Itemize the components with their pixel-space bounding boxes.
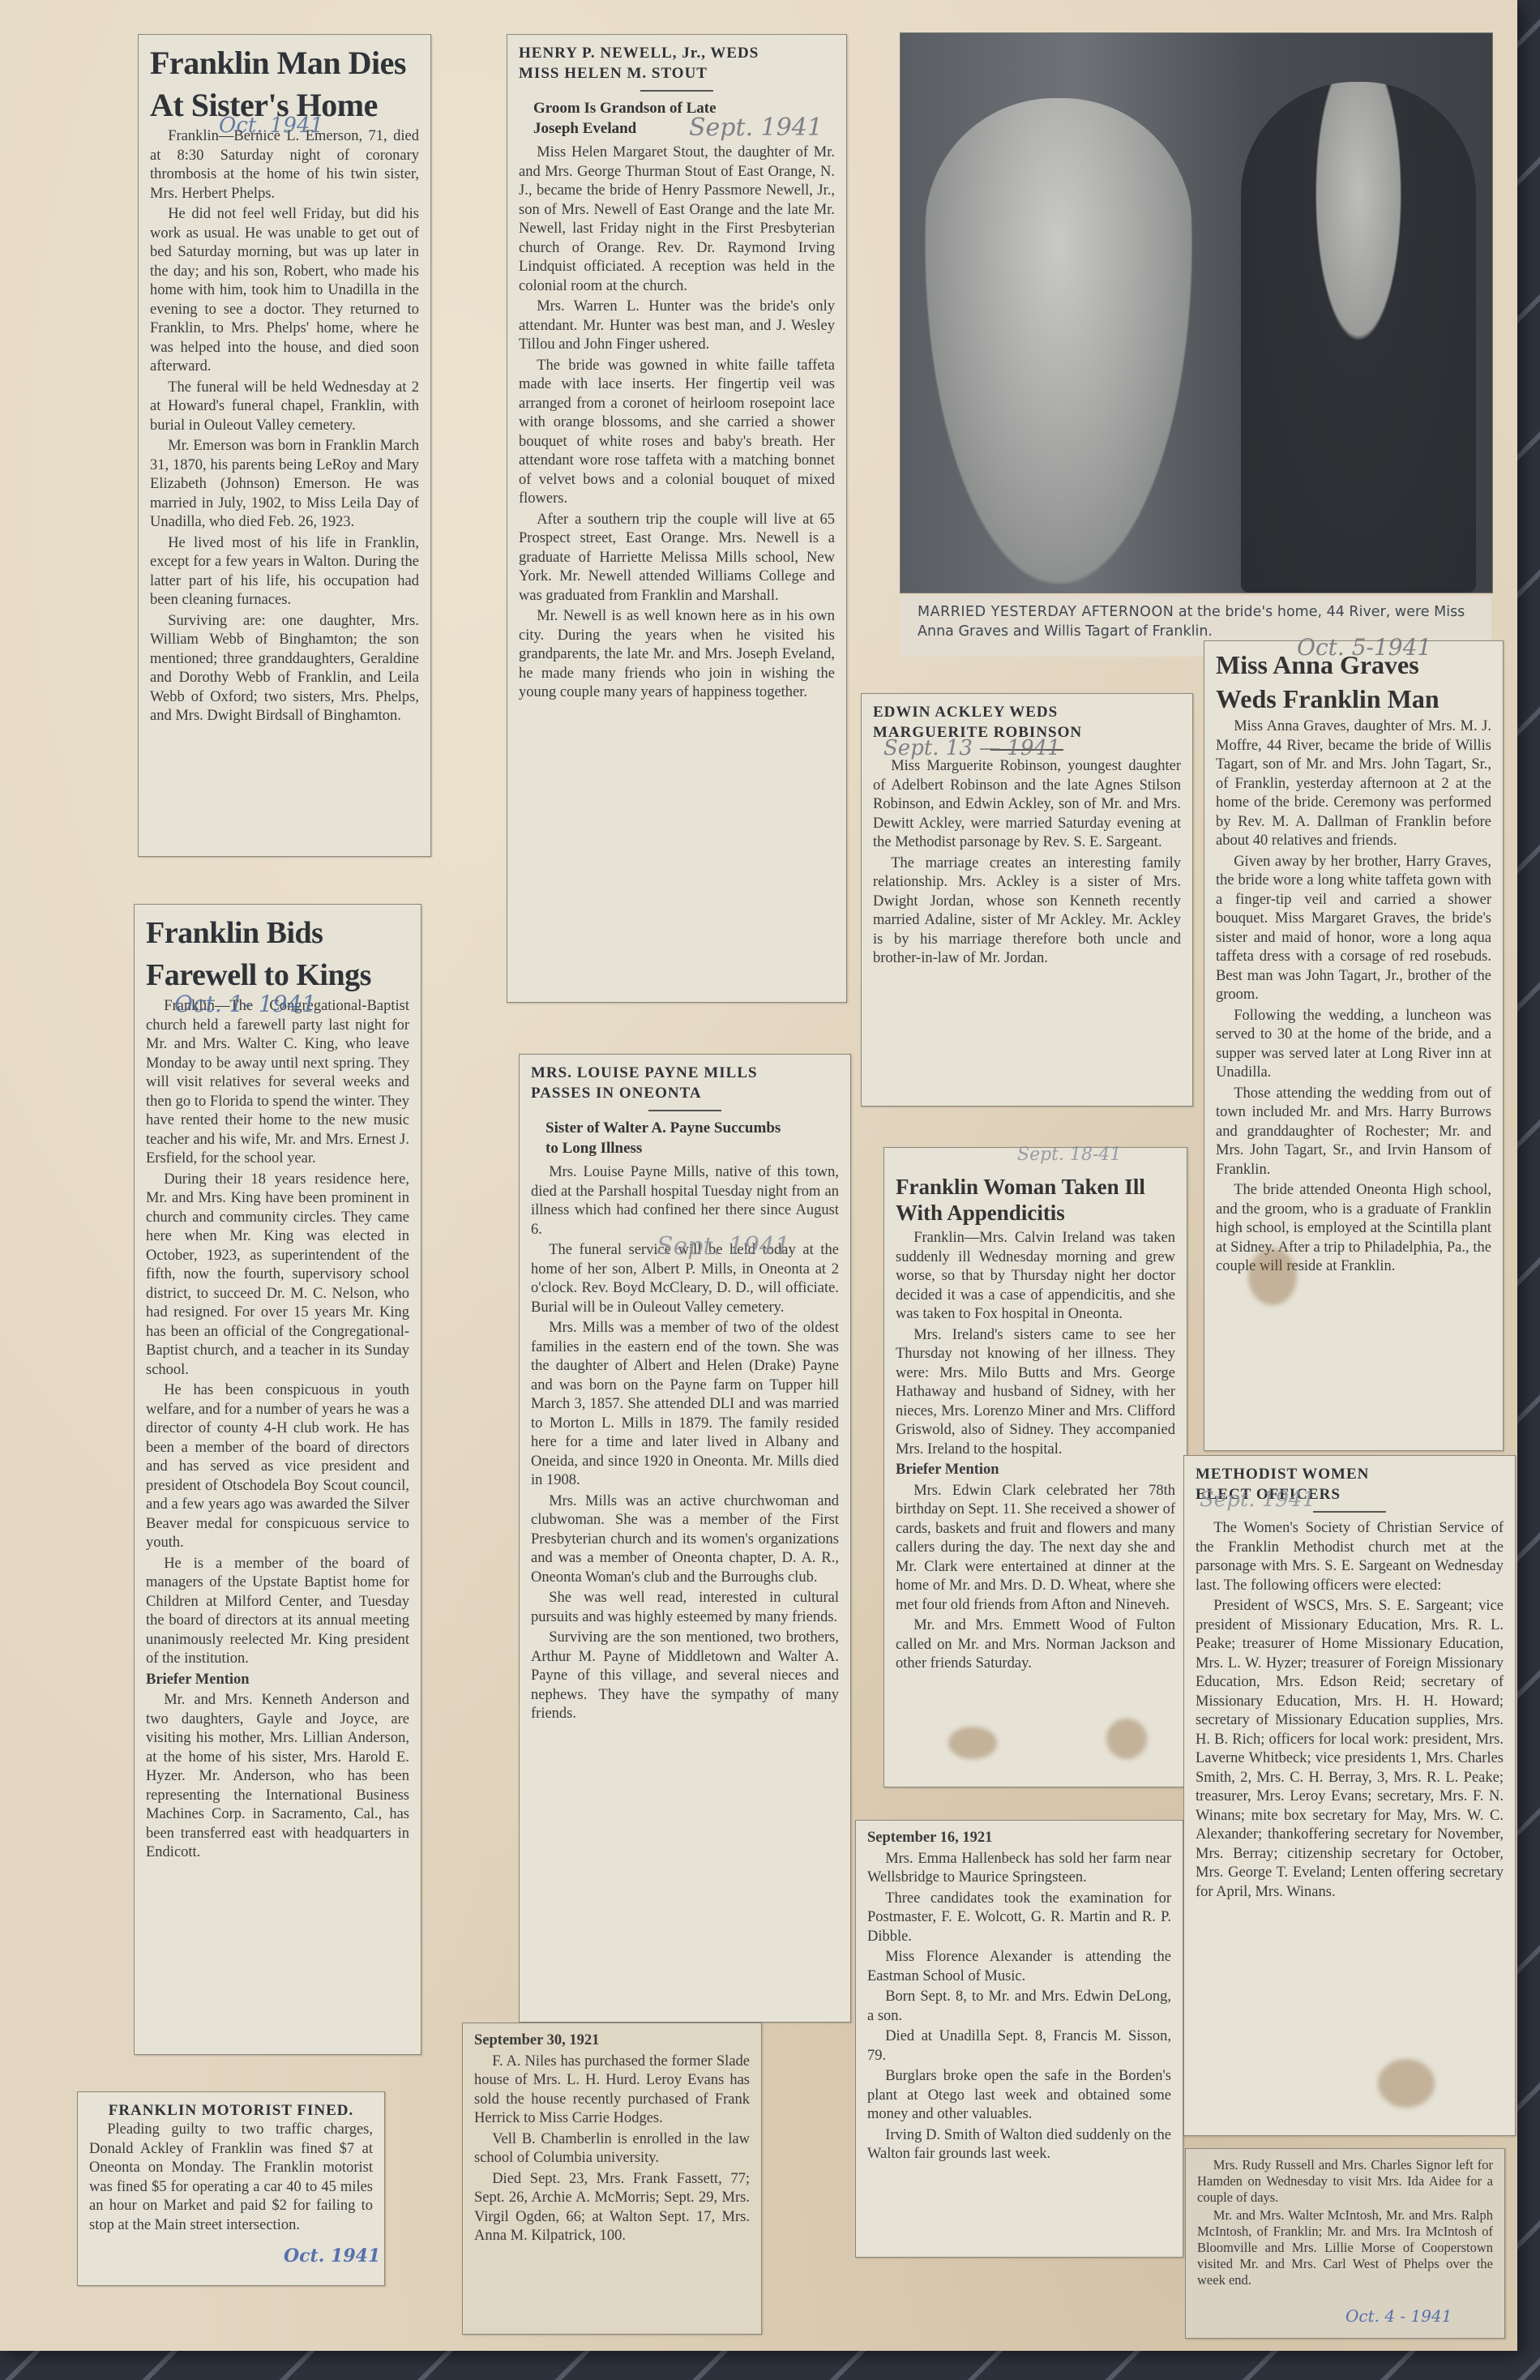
paragraph: During their 18 years residence here, Mr…	[146, 1171, 409, 1380]
headline: MRS. LOUISE PAYNE MILLS PASSES IN ONEONT…	[531, 1063, 806, 1103]
paragraph: Mr. and Mrs. Walter McIntosh, Mr. and Mr…	[1197, 2207, 1493, 2288]
clipping-methodist-women: METHODIST WOMEN ELECT OFFICERS The Women…	[1183, 1455, 1516, 2136]
headline-line-1: Franklin Man Dies	[150, 43, 419, 83]
paragraph: Pleading guilty to two traffic charges, …	[89, 2121, 373, 2235]
paragraph: He is a member of the board of managers …	[146, 1555, 409, 1669]
scrapbook-page: Franklin Man Dies At Sister's Home Frank…	[0, 0, 1517, 2351]
stain	[1248, 1248, 1297, 1305]
headline-line-2: Farewell to Kings	[146, 955, 409, 995]
handwritten-date: Oct. 1941	[284, 2245, 380, 2267]
paragraph: Mr. Newell is as well known here as in h…	[519, 607, 835, 703]
clipping-ireland-appendicitis: Franklin Woman Taken Ill With Appendicit…	[883, 1147, 1187, 1787]
paragraph: Died at Unadilla Sept. 8, Francis M. Sis…	[867, 2027, 1171, 2065]
paragraph: The bride was gowned in white faille taf…	[519, 357, 835, 509]
headline-line-2: Weds Franklin Man	[1216, 683, 1491, 714]
paragraph: Burglars broke open the safe in the Bord…	[867, 2067, 1171, 2125]
paragraph: Following the wedding, a luncheon was se…	[1216, 1007, 1491, 1083]
paragraph: Mr. and Mrs. Kenneth Anderson and two da…	[146, 1691, 409, 1863]
paragraph: Vell B. Chamberlin is enrolled in the la…	[474, 2130, 750, 2168]
headline-line-1: Franklin Bids	[146, 913, 409, 953]
paragraph: Born Sept. 8, to Mr. and Mrs. Edwin DeLo…	[867, 1988, 1171, 2026]
paragraph: Surviving are: one daughter, Mrs. Willia…	[150, 612, 419, 726]
briefer-heading: Briefer Mention	[896, 1461, 1175, 1480]
paragraph: Mrs. Warren L. Hunter was the bride's on…	[519, 297, 835, 355]
handwritten-date: Oct. 1- 1941	[174, 991, 316, 1017]
paragraph: Miss Anna Graves, daughter of Mrs. M. J.…	[1216, 717, 1491, 851]
paragraph: Mr. and Mrs. Emmett Wood of Fulton calle…	[896, 1616, 1175, 1674]
paragraph: After a southern trip the couple will li…	[519, 511, 835, 606]
briefer-heading: Briefer Mention	[146, 1671, 409, 1690]
clipping-newell-wedding: HENRY P. NEWELL, Jr., WEDS MISS HELEN M.…	[507, 34, 847, 1003]
groom-figure	[1241, 82, 1476, 593]
handwritten-date: Sept. 1941	[657, 1232, 790, 1261]
headline: FRANKLIN MOTORIST FINED.	[89, 2100, 373, 2121]
dateline: September 16, 1921	[867, 1829, 1171, 1848]
stain	[1378, 2059, 1435, 2108]
bride-figure	[925, 98, 1192, 584]
paragraph: President of WSCS, Mrs. S. E. Sargeant; …	[1196, 1597, 1504, 1902]
wedding-photo	[900, 32, 1493, 593]
paragraph: Those attending the wedding from out of …	[1216, 1085, 1491, 1180]
clipping-sept-30-1921: September 30, 1921 F. A. Niles has purch…	[462, 2023, 762, 2335]
clipping-mills-obituary: MRS. LOUISE PAYNE MILLS PASSES IN ONEONT…	[519, 1054, 851, 2023]
handwritten-date: Oct. 4 - 1941	[1345, 2306, 1452, 2326]
paragraph: Miss Marguerite Robinson, youngest daugh…	[873, 757, 1181, 853]
handwritten-date: Sept. 18-41	[1017, 1145, 1121, 1165]
paragraph: Mrs. Ireland's sisters came to see her T…	[896, 1326, 1175, 1460]
headline: Franklin Woman Taken Ill With Appendicit…	[896, 1174, 1171, 1226]
paragraph: Given away by her brother, Harry Graves,…	[1216, 853, 1491, 1005]
clipping-emerson-obituary: Franklin Man Dies At Sister's Home Frank…	[138, 34, 431, 857]
divider	[648, 1110, 721, 1111]
headline: HENRY P. NEWELL, Jr., WEDS MISS HELEN M.…	[519, 43, 762, 83]
paragraph: He lived most of his life in Franklin, e…	[150, 534, 419, 610]
paragraph: The Women's Society of Christian Service…	[1196, 1519, 1504, 1595]
clipping-kings-farewell: Franklin Bids Farewell to Kings Franklin…	[134, 904, 421, 2055]
stain	[1106, 1719, 1147, 1759]
paragraph: She was well read, interested in cultura…	[531, 1589, 839, 1627]
paragraph: Franklin—Mrs. Calvin Ireland was taken s…	[896, 1229, 1175, 1325]
clipping-graves-wedding: Miss Anna Graves Weds Franklin Man Miss …	[1204, 640, 1504, 1451]
paragraph: The marriage creates an interesting fami…	[873, 854, 1181, 969]
paragraph: The funeral will be held Wednesday at 2 …	[150, 379, 419, 436]
paragraph: Mrs. Edwin Clark celebrated her 78th bir…	[896, 1482, 1175, 1616]
subheadline: Sister of Walter A. Payne Succumbs to Lo…	[545, 1118, 789, 1158]
paragraph: Mr. Emerson was born in Franklin March 3…	[150, 437, 419, 533]
paragraph: F. A. Niles has purchased the former Sla…	[474, 2053, 750, 2129]
paragraph: He has been conspicuous in youth welfare…	[146, 1381, 409, 1553]
paragraph: Miss Helen Margaret Stout, the daughter …	[519, 143, 835, 296]
paragraph: Mrs. Mills was an active churchwoman and…	[531, 1492, 839, 1588]
paragraph: He did not feel well Friday, but did his…	[150, 205, 419, 377]
paragraph: Irving D. Smith of Walton died suddenly …	[867, 2126, 1171, 2164]
divider	[640, 90, 713, 92]
paragraph: Three candidates took the examination fo…	[867, 1890, 1171, 1947]
stain	[948, 1727, 997, 1759]
paragraph: Franklin—The Congregational-Baptist chur…	[146, 997, 409, 1169]
paragraph: Mrs. Rudy Russell and Mrs. Charles Signo…	[1197, 2157, 1493, 2206]
clipping-sept-16-1921: September 16, 1921 Mrs. Emma Hallenbeck …	[855, 1820, 1183, 2258]
handwritten-date: Sept. 1941	[689, 113, 823, 142]
paragraph: Miss Florence Alexander is attending the…	[867, 1948, 1171, 1986]
handwritten-date: Sept. 13 — 1941	[883, 736, 1061, 760]
caption-caps: MARRIED YESTERDAY AFTERNOON	[918, 604, 1174, 620]
paragraph: Mrs. Mills was a member of two of the ol…	[531, 1319, 839, 1491]
divider	[1313, 1511, 1386, 1513]
handwritten-date: Sept. 1941	[1200, 1487, 1315, 1512]
paragraph: Surviving are the son mentioned, two bro…	[531, 1629, 839, 1724]
paragraph: Mrs. Louise Payne Mills, native of this …	[531, 1163, 839, 1239]
handwritten-date: Oct. 1941	[219, 113, 323, 138]
dateline: September 30, 1921	[474, 2031, 750, 2051]
paragraph: Mrs. Emma Hallenbeck has sold her farm n…	[867, 1850, 1171, 1888]
paragraph: Franklin—Bernice L. Emerson, 71, died at…	[150, 127, 419, 203]
handwritten-date: Oct. 5-1941	[1297, 634, 1431, 661]
paragraph: Died Sept. 23, Mrs. Frank Fassett, 77; S…	[474, 2170, 750, 2246]
